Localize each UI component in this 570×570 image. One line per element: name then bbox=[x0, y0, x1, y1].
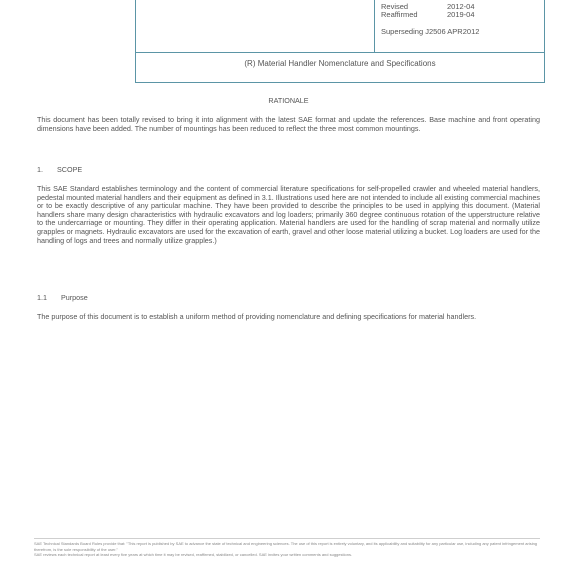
purpose-heading: 1.1Purpose bbox=[37, 294, 540, 303]
purpose-text: The purpose of this document is to estab… bbox=[37, 313, 540, 322]
header-divider bbox=[374, 0, 375, 52]
rationale-text: This document has been totally revised t… bbox=[37, 116, 540, 133]
footer-notice: SAE Technical Standards Board Rules prov… bbox=[34, 538, 540, 558]
purpose-title: Purpose bbox=[61, 293, 88, 302]
scope-heading: 1.SCOPE bbox=[37, 166, 540, 175]
reaffirmed-row: Reaffirmed 2019-04 bbox=[381, 11, 479, 19]
footer-line-1: SAE Technical Standards Board Rules prov… bbox=[34, 541, 540, 552]
rationale-heading: RATIONALE bbox=[37, 97, 540, 106]
document-header-box: Revised 2012-04 Reaffirmed 2019-04 Super… bbox=[135, 0, 545, 83]
reaffirmed-value: 2019-04 bbox=[447, 11, 475, 19]
superseding-note: Superseding J2506 APR2012 bbox=[381, 28, 479, 36]
document-title: (R) Material Handler Nomenclature and Sp… bbox=[136, 59, 544, 68]
scope-title: SCOPE bbox=[57, 165, 82, 174]
reaffirmed-label: Reaffirmed bbox=[381, 11, 447, 19]
footer-line-2: SAE reviews each technical report at lea… bbox=[34, 552, 540, 558]
purpose-number: 1.1 bbox=[37, 294, 61, 303]
header-top-section: Revised 2012-04 Reaffirmed 2019-04 Super… bbox=[136, 0, 544, 53]
scope-number: 1. bbox=[37, 166, 57, 175]
scope-text: This SAE Standard establishes terminolog… bbox=[37, 185, 540, 245]
revision-info: Revised 2012-04 Reaffirmed 2019-04 Super… bbox=[381, 3, 479, 36]
